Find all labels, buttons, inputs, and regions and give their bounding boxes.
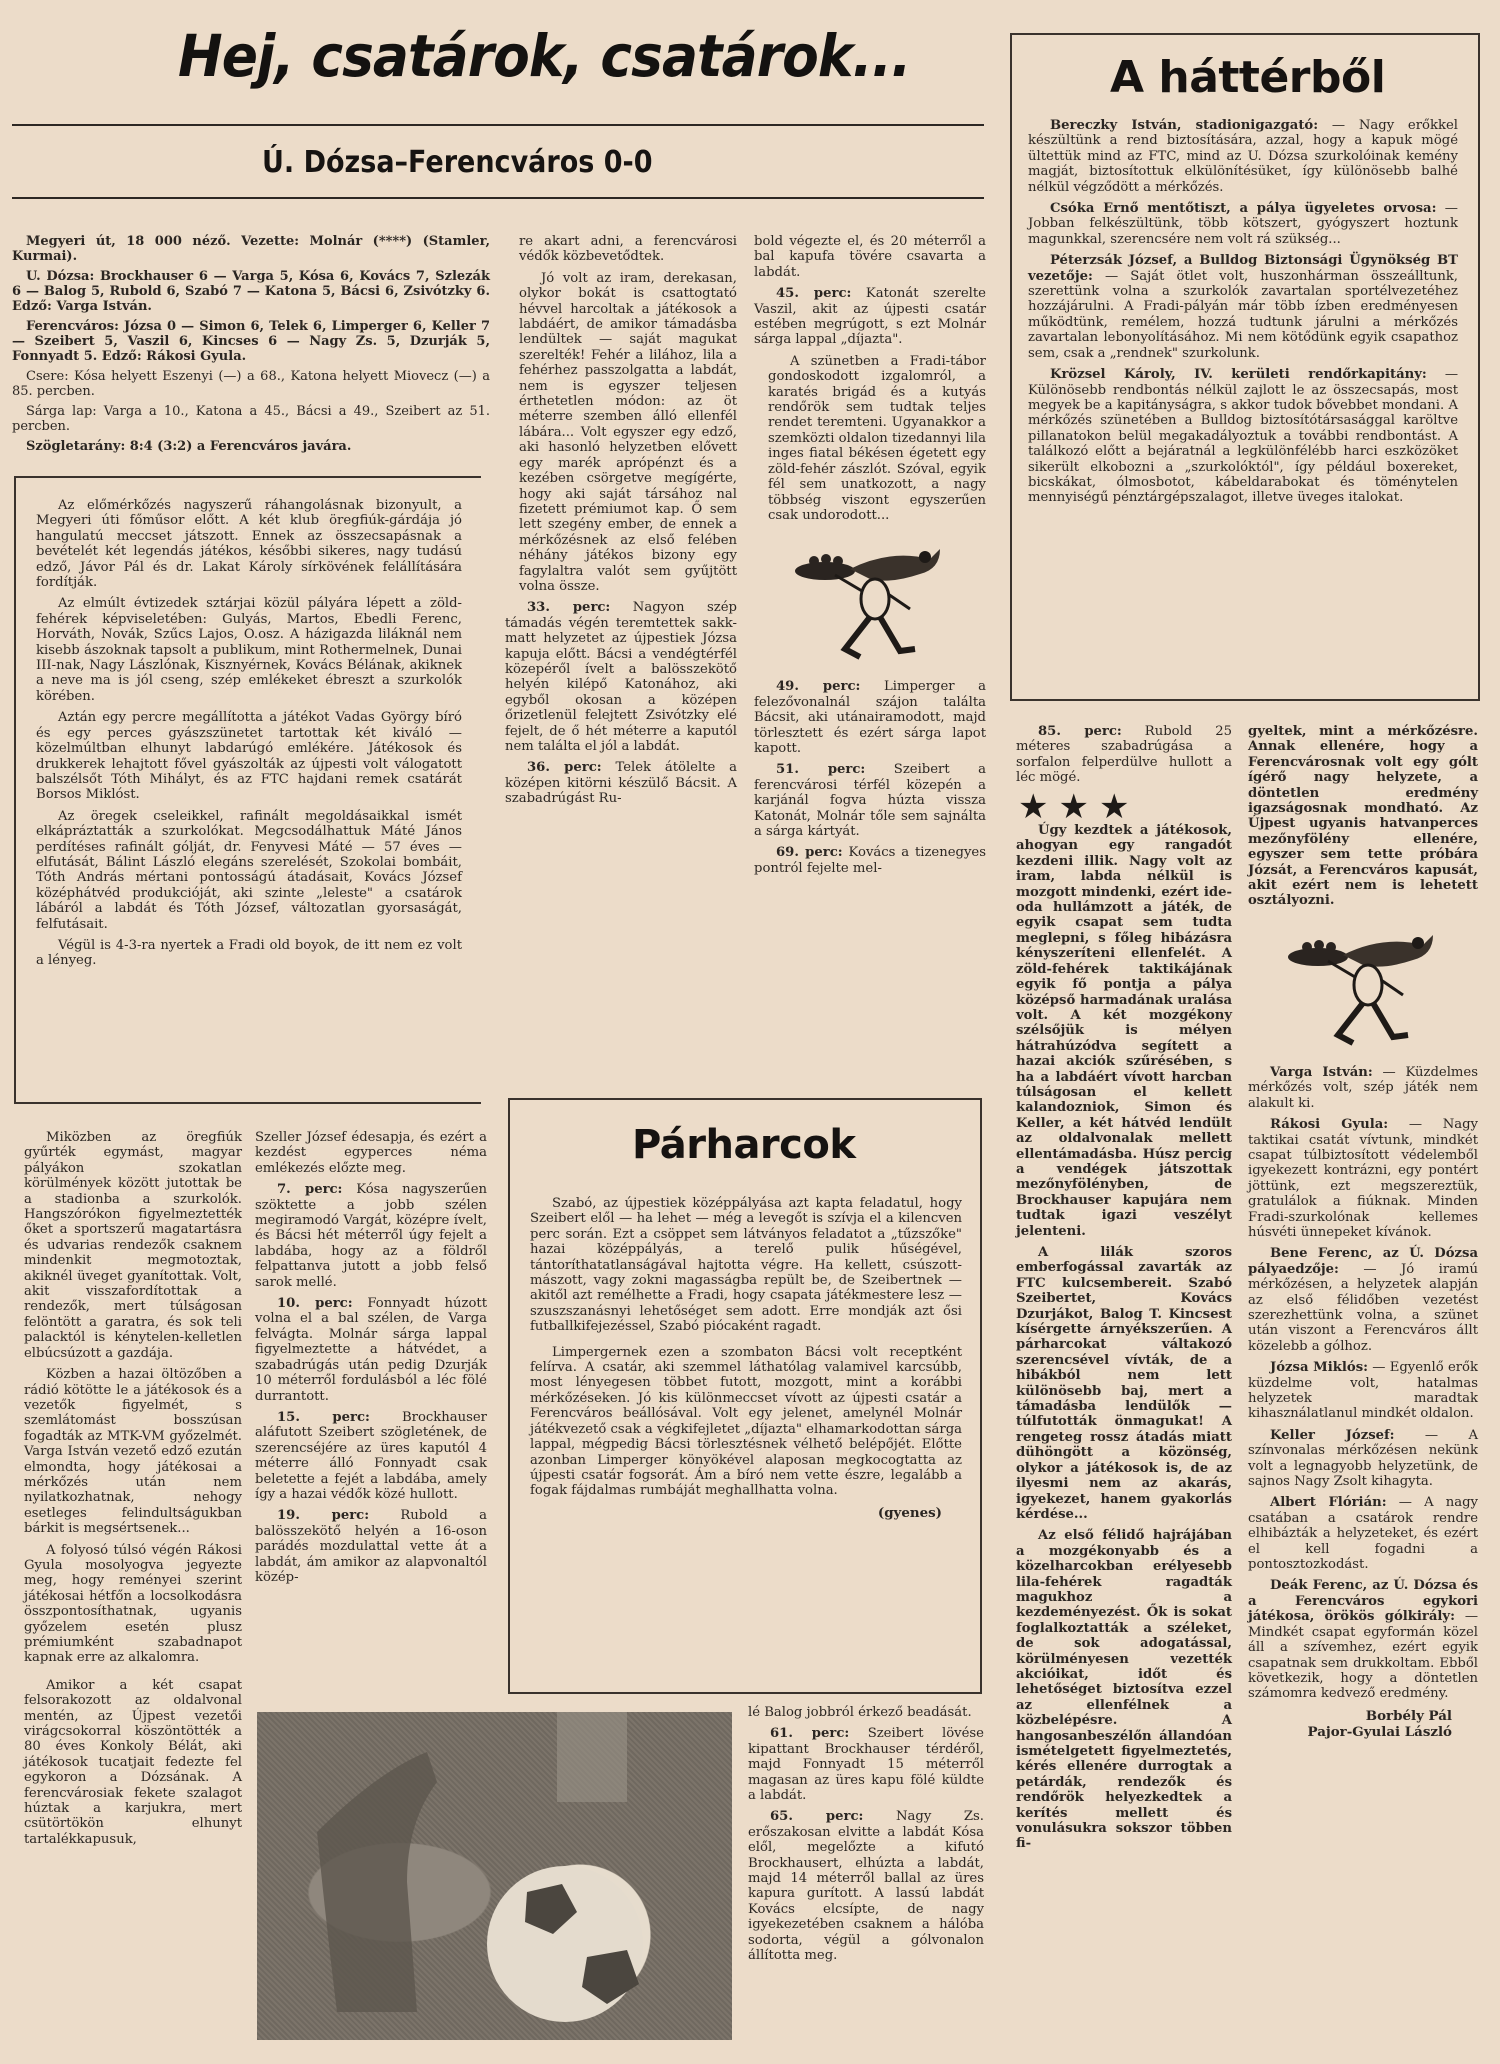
event-minute: 85. perc: bbox=[1038, 724, 1122, 739]
lineup-away: Ferencváros: Józsa 0 — Simon 6, Telek 6,… bbox=[12, 319, 490, 364]
match-title-rule bbox=[12, 197, 984, 199]
lineup-home: U. Dózsa: Brockhauser 6 — Varga 5, Kósa … bbox=[12, 269, 490, 314]
quote-speaker: Albert Flórián: bbox=[1270, 1495, 1387, 1510]
oldboys-text: Az előmérkőzés nagyszerű ráhangolásnak b… bbox=[36, 498, 462, 975]
quote-speaker: Csóka Ernő mentőtiszt, a pálya ügyeletes… bbox=[1050, 201, 1436, 216]
article-paragraph: Miközben az öregfiúk gyűrték egymást, ma… bbox=[24, 1130, 242, 1361]
duels-box-title: Párharcok bbox=[632, 1122, 855, 1168]
event-15: 15. perc: Brockhauser aláfutott Szeibert… bbox=[255, 1410, 487, 1502]
quote-speaker: Józsa Miklós: bbox=[1270, 1360, 1368, 1375]
background-box-title: A háttérből bbox=[1110, 52, 1385, 103]
event-text: Kósa nagyszerűen szöktette a jobb szélen… bbox=[255, 1182, 487, 1289]
event-45: 45. perc: Katonát szerelte Vaszil, akit … bbox=[754, 286, 986, 348]
event-text: Nagy Zs. erőszakosan elvitte a labdát Kó… bbox=[748, 1809, 984, 1963]
event-minute: 51. perc: bbox=[776, 762, 865, 777]
quote-bene: Bene Ferenc, az Ú. Dózsa pályaedzője: — … bbox=[1248, 1246, 1478, 1354]
event-minute: 45. perc: bbox=[776, 286, 851, 301]
football-photo bbox=[257, 1712, 732, 2040]
column-5: 85. perc: Rubold 25 méteres szabadrúgása… bbox=[1016, 724, 1232, 1858]
article-paragraph: A lilák szoros emberfogással zavarták az… bbox=[1016, 1245, 1232, 1522]
quote-varga: Varga István: — Küzdelmes mérkőzés volt,… bbox=[1248, 1065, 1478, 1111]
event-10: 10. perc: Fonnyadt húzott volna el a bal… bbox=[255, 1296, 487, 1404]
event-85: 85. perc: Rubold 25 méteres szabadrúgása… bbox=[1016, 724, 1232, 786]
oldboys-paragraph: Végül is 4-3-ra nyertek a Fradi old boyo… bbox=[36, 938, 462, 969]
quote-speaker: Keller József: bbox=[1270, 1428, 1395, 1443]
event-7: 7. perc: Kósa nagyszerűen szöktette a jo… bbox=[255, 1182, 487, 1290]
event-36: 36. perc: Telek átölelte a középen kitör… bbox=[505, 760, 737, 806]
quote-deak: Deák Ferenc, az Ú. Dózsa és a Ferencváro… bbox=[1248, 1578, 1478, 1701]
substitutions: Csere: Kósa helyett Eszenyi (—) a 68., K… bbox=[12, 369, 490, 399]
quote-rakosi: Rákosi Gyula: — Nagy taktikai csatát vív… bbox=[1248, 1117, 1478, 1240]
event-33: 33. perc: Nagyon szép támadás végén tere… bbox=[505, 600, 737, 754]
event-65: 65. perc: Nagy Zs. erőszakosan elvitte a… bbox=[748, 1809, 984, 1963]
quote-bereczky: Bereczky István, stadionigazgató: — Nagy… bbox=[1028, 118, 1458, 195]
quote-text: — Különösebb rendbontás nélkül zajlott l… bbox=[1028, 367, 1458, 505]
section-stars-icon: ★★★ bbox=[1018, 800, 1232, 815]
quote-text: — Nagy taktikai csatát vívtunk, mindkét … bbox=[1248, 1117, 1478, 1240]
lower-column-2: Szeller József édesapja, és ezért a kezd… bbox=[255, 1130, 487, 1591]
oldboys-paragraph: Aztán egy percre megállította a játékot … bbox=[36, 710, 462, 802]
event-19: 19. perc: Rubold a balösszekötő helyén a… bbox=[255, 1508, 487, 1585]
quote-speaker: Varga István: bbox=[1270, 1065, 1373, 1080]
halftime-paragraph: A szünetben a Fradi-tábor gondoskodott i… bbox=[754, 354, 986, 523]
event-text: Nagyon szép támadás végén teremtettek sa… bbox=[505, 600, 737, 754]
lower-column-4: lé Balog jobbról érkező beadását. 61. pe… bbox=[748, 1705, 984, 1970]
column-3-top: bold végezte el, és 20 méterről a bal ka… bbox=[754, 234, 986, 882]
event-49: 49. perc: Limperger a felezővonalnál szá… bbox=[754, 679, 986, 756]
event-51: 51. perc: Szeibert a ferencvárosi térfél… bbox=[754, 762, 986, 839]
event-minute: 36. perc: bbox=[527, 760, 602, 775]
event-minute: 33. perc: bbox=[527, 600, 610, 615]
quote-krozsel: Krözsel Károly, IV. kerületi rendőrkapit… bbox=[1028, 367, 1458, 506]
article-paragraph: A folyosó túlsó végén Rákosi Gyula mosol… bbox=[24, 1543, 242, 1666]
quote-speaker: Bereczky István, stadionigazgató: bbox=[1050, 118, 1318, 133]
author-name: Pajor-Gyulai László bbox=[1248, 1724, 1452, 1740]
article-paragraph: bold végezte el, és 20 méterről a bal ka… bbox=[754, 234, 986, 280]
quote-peterzsak: Péterzsák József, a Bulldog Biztonsági Ü… bbox=[1028, 253, 1458, 361]
event-text: Fonnyadt húzott volna el a bal szélen, d… bbox=[255, 1296, 487, 1403]
article-paragraph: Az első félidő hajrájában a mozgékonyabb… bbox=[1016, 1528, 1232, 1852]
quote-text: — Saját ötlet volt, huszonhárman összeál… bbox=[1028, 269, 1458, 361]
event-69: 69. perc: Kovács a tizenegyes pontról fe… bbox=[754, 845, 986, 876]
article-paragraph: Úgy kezdtek a játékosok, ahogyan egy ran… bbox=[1016, 823, 1232, 1239]
running-rabbit-illustration-icon bbox=[754, 529, 986, 679]
running-rabbit-illustration-icon bbox=[1248, 915, 1478, 1065]
event-minute: 15. perc: bbox=[277, 1410, 370, 1425]
page-headline: Hej, csatárok, csatárok... bbox=[178, 22, 910, 90]
quote-keller: Keller József: — A színvonalas mérkőzése… bbox=[1248, 1428, 1478, 1490]
corners: Szögletarány: 8:4 (3:2) a Ferencváros ja… bbox=[12, 439, 490, 454]
event-minute: 10. perc: bbox=[277, 1296, 353, 1311]
quote-jozsa: Józsa Miklós: — Egyenlő erők küzdelme vo… bbox=[1248, 1360, 1478, 1422]
author-name: Borbély Pál bbox=[1248, 1708, 1452, 1724]
oldboys-paragraph: Az öregek cseleikkel, rafinált megoldása… bbox=[36, 809, 462, 932]
article-paragraph: lé Balog jobbról érkező beadását. bbox=[748, 1705, 984, 1720]
duels-paragraph: Szabó, az újpestiek középpályása azt kap… bbox=[530, 1196, 962, 1335]
duels-paragraph: Limpergernek ezen a szombaton Bácsi volt… bbox=[530, 1345, 962, 1499]
quote-speaker: Deák Ferenc, az Ú. Dózsa és a Ferencváro… bbox=[1248, 1578, 1478, 1624]
quote-csoka: Csóka Ernő mentőtiszt, a pálya ügyeletes… bbox=[1028, 201, 1458, 247]
duels-author: (gyenes) bbox=[530, 1505, 962, 1521]
event-minute: 69. perc: bbox=[776, 845, 843, 860]
match-venue: Megyeri út, 18 000 néző. Vezette: Molnár… bbox=[12, 234, 490, 264]
article-authors: Borbély Pál Pajor-Gyulai László bbox=[1248, 1708, 1478, 1740]
quote-speaker: Krözsel Károly, IV. kerületi rendőrkapit… bbox=[1050, 367, 1427, 382]
match-info: Megyeri út, 18 000 néző. Vezette: Molnár… bbox=[12, 234, 490, 459]
event-minute: 7. perc: bbox=[277, 1182, 342, 1197]
column-6: gyeltek, mint a mérkőzésre. Annak ellené… bbox=[1248, 724, 1478, 1740]
headline-rule bbox=[12, 124, 984, 126]
article-paragraph: Jó volt az iram, derekasan, olykor bokát… bbox=[505, 271, 737, 595]
quote-albert: Albert Flórián: — A nagy csatában a csat… bbox=[1248, 1495, 1478, 1572]
duels-text: Szabó, az újpestiek középpályása azt kap… bbox=[530, 1196, 962, 1521]
yellow-cards: Sárga lap: Varga a 10., Katona a 45., Bá… bbox=[12, 404, 490, 434]
background-quotes: Bereczky István, stadionigazgató: — Nagy… bbox=[1028, 118, 1458, 512]
article-paragraph: gyeltek, mint a mérkőzésre. Annak ellené… bbox=[1248, 724, 1478, 909]
match-title: Ú. Dózsa–Ferencváros 0-0 bbox=[262, 145, 653, 180]
quote-speaker: Rákosi Gyula: bbox=[1270, 1117, 1388, 1132]
article-paragraph: Közben a hazai öltözőben a rádió kötötte… bbox=[24, 1367, 242, 1536]
article-paragraph: Amikor a két csapat felsorakozott az old… bbox=[24, 1678, 242, 1847]
column-2-top: re akart adni, a ferencvárosi védők közb… bbox=[505, 234, 737, 813]
article-paragraph: Szeller József édesapja, és ezért a kezd… bbox=[255, 1130, 487, 1176]
event-minute: 49. perc: bbox=[776, 679, 860, 694]
lower-column-1: Miközben az öregfiúk gyűrték egymást, ma… bbox=[24, 1130, 242, 1853]
event-minute: 65. perc: bbox=[770, 1809, 863, 1824]
event-minute: 61. perc: bbox=[770, 1726, 849, 1741]
event-minute: 19. perc: bbox=[277, 1508, 369, 1523]
article-paragraph: re akart adni, a ferencvárosi védők közb… bbox=[505, 234, 737, 265]
oldboys-paragraph: Az elmúlt évtizedek sztárjai közül pályá… bbox=[36, 596, 462, 704]
oldboys-paragraph: Az előmérkőzés nagyszerű ráhangolásnak b… bbox=[36, 498, 462, 590]
event-61: 61. perc: Szeibert lövése kipattant Broc… bbox=[748, 1726, 984, 1803]
